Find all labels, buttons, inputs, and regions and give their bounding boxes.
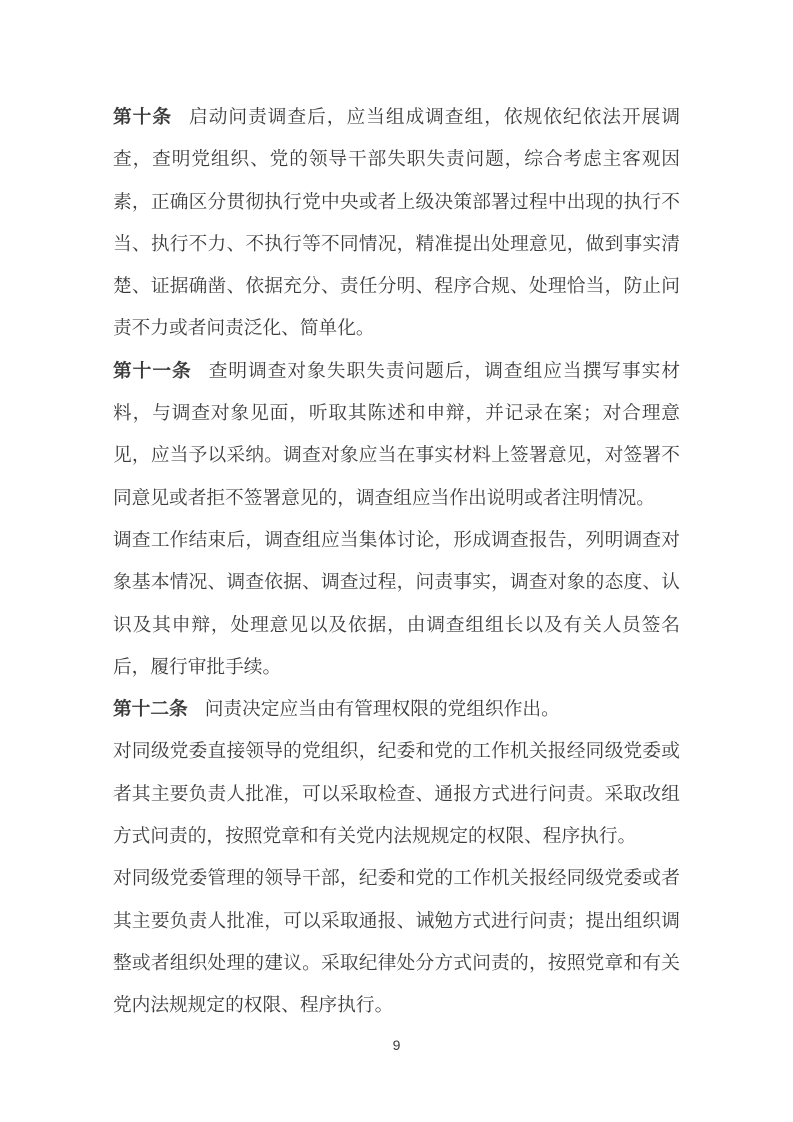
paragraph-article-11-continued: 调查工作结束后，调查组应当集体讨论，形成调查报告，列明调查对象基本情况、调查依据… <box>113 519 680 688</box>
article-11-number: 第十一条 <box>113 360 192 381</box>
paragraph-article-11: 第十一条查明调查对象失职失责问题后，调查组应当撰写事实材料，与调查对象见面，听取… <box>113 350 680 519</box>
page-number: 9 <box>0 1036 793 1054</box>
paragraph-article-12-clause-3: 对同级党委管理的领导干部，纪委和党的工作机关报经同级党委或者其主要负责人批准，可… <box>113 857 680 1026</box>
document-page: 第十条启动问责调查后，应当组成调查组，依规依纪依法开展调查，查明党组织、党的领导… <box>0 0 793 1122</box>
document-body: 第十条启动问责调查后，应当组成调查组，依规依纪依法开展调查，查明党组织、党的领导… <box>113 96 680 1027</box>
paragraph-article-10: 第十条启动问责调查后，应当组成调查组，依规依纪依法开展调查，查明党组织、党的领导… <box>113 96 680 350</box>
article-10-number: 第十条 <box>113 106 172 127</box>
article-12-text: 问责决定应当由有管理权限的党组织作出。 <box>205 698 560 719</box>
article-11-text: 查明调查对象失职失责问题后，调查组应当撰写事实材料，与调查对象见面，听取其陈述和… <box>113 360 680 508</box>
article-11-continued-text: 调查工作结束后，调查组应当集体讨论，形成调查报告，列明调查对象基本情况、调查依据… <box>113 529 680 677</box>
article-12-clause-2-text: 对同级党委直接领导的党组织，纪委和党的工作机关报经同级党委或者其主要负责人批准，… <box>113 740 680 846</box>
paragraph-article-12-clause-2: 对同级党委直接领导的党组织，纪委和党的工作机关报经同级党委或者其主要负责人批准，… <box>113 730 680 857</box>
article-12-clause-3-text: 对同级党委管理的领导干部，纪委和党的工作机关报经同级党委或者其主要负责人批准，可… <box>113 867 680 1015</box>
article-12-number: 第十二条 <box>113 698 188 719</box>
paragraph-article-12: 第十二条问责决定应当由有管理权限的党组织作出。 <box>113 688 680 730</box>
article-10-text: 启动问责调查后，应当组成调查组，依规依纪依法开展调查，查明党组织、党的领导干部失… <box>113 106 680 338</box>
